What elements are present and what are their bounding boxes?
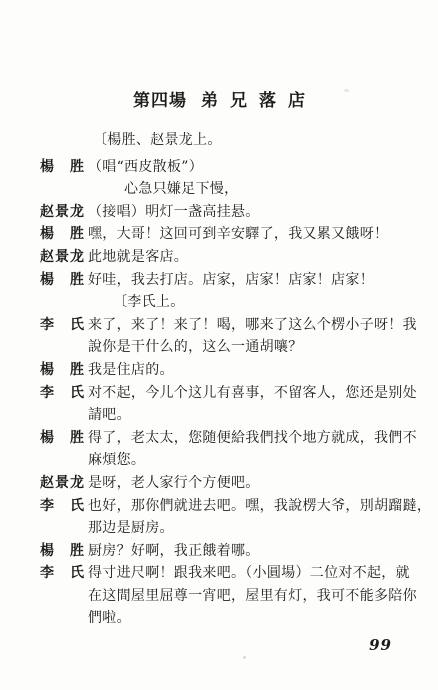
- dialogue-text: 們啦。: [88, 609, 131, 628]
- speaker-name: 李氏: [40, 497, 84, 516]
- speaker-name: 楊胜: [40, 271, 84, 290]
- script-line: 楊胜 好哇，我去打店。店家，店家！店家！店家！: [40, 271, 408, 294]
- scene-title: 第四場弟兄落店: [6, 86, 438, 111]
- script-line: 楊胜 嘿，大哥！这回可到辛安驛了，我又累又餓呀！: [40, 225, 408, 248]
- speaker-name: 李氏: [40, 316, 84, 335]
- speaker-name: 楊胜: [40, 361, 84, 380]
- dialogue-text: 麻煩您。: [88, 451, 145, 470]
- dialogue-text: 那边是厨房。: [88, 519, 174, 538]
- dialogue-text: 也好，那你們就进去吧。嘿，我說楞大爷，別胡蹓躂，: [88, 497, 431, 516]
- speaker-name: 赵景龙: [40, 248, 84, 267]
- scene-name: 弟兄落店: [201, 91, 317, 111]
- dialogue-text: 我是住店的。: [88, 361, 174, 380]
- dialogue-text: 此地就是客店。: [88, 248, 188, 267]
- continuation-line: 說你是干什么的，这么一通胡嚷？: [40, 338, 408, 361]
- script-line: 赵景龙 是呀，老人家行个方便吧。: [40, 474, 408, 497]
- lyric-line: 心急只嫌足下慢，: [40, 180, 408, 203]
- dialogue-text: 在这間屋里屈尊一宵吧，屋里有灯，我可不能多陪你: [88, 587, 417, 606]
- speaker-name: 李氏: [40, 564, 84, 583]
- speaker-name: 赵景龙: [40, 203, 84, 222]
- stage-direction-text: 〔李氏上。: [113, 293, 185, 312]
- continuation-line: 們啦。: [40, 609, 408, 632]
- page-number: 99: [369, 636, 392, 654]
- speaker-name: 楊胜: [40, 225, 84, 244]
- speaker-name: 赵景龙: [40, 474, 84, 493]
- speaker-name: 李氏: [40, 384, 84, 403]
- stage-direction: 〔楊胜、赵景龙上。: [40, 131, 408, 154]
- script-line: 赵景龙 （接唱）明灯一盏高挂悬。: [40, 203, 408, 226]
- script-line: 李氏 来了，来了！来了！喝，哪来了这么个楞小子呀！我: [40, 316, 408, 339]
- lyric-text: 心急只嫌足下慢，: [124, 180, 238, 199]
- script-line: 李氏 也好，那你們就进去吧。嘿，我說楞大爷，別胡蹓躂，: [40, 497, 408, 520]
- script-line: 李氏 对不起，今儿个这儿有喜事，不留客人，您还是别处: [40, 384, 408, 407]
- script-body: 〔楊胜、赵景龙上。 楊胜 （唱“西皮散板”） 心急只嫌足下慢， 赵景龙 （接唱）…: [40, 131, 408, 632]
- continuation-line: 請吧。: [40, 406, 408, 429]
- speaker-name: 楊胜: [40, 158, 84, 177]
- stage-direction-text: 〔楊胜、赵景龙上。: [93, 131, 222, 150]
- stage-direction: 〔李氏上。: [40, 293, 408, 316]
- script-line: 楊胜 厨房？好啊，我正餓着哪。: [40, 542, 408, 565]
- dialogue-text: （唱“西皮散板”）: [88, 158, 203, 177]
- script-line: 楊胜 （唱“西皮散板”）: [40, 158, 408, 181]
- script-line: 赵景龙 此地就是客店。: [40, 248, 408, 271]
- dialogue-text: 嘿，大哥！这回可到辛安驛了，我又累又餓呀！: [88, 225, 388, 244]
- dialogue-text: 是呀，老人家行个方便吧。: [88, 474, 260, 493]
- dialogue-text: 厨房？好啊，我正餓着哪。: [88, 542, 260, 561]
- dialogue-text: 說你是干什么的，这么一通胡嚷？: [88, 338, 303, 357]
- continuation-line: 在这間屋里屈尊一宵吧，屋里有灯，我可不能多陪你: [40, 587, 408, 610]
- script-line: 李氏 得寸进尺啊！跟我来吧。（小圓場）二位对不起，就: [40, 564, 408, 587]
- dialogue-text: 来了，来了！来了！喝，哪来了这么个楞小子呀！我: [88, 316, 417, 335]
- script-line: 楊胜 我是住店的。: [40, 361, 408, 384]
- continuation-line: 麻煩您。: [40, 451, 408, 474]
- continuation-line: 那边是厨房。: [40, 519, 408, 542]
- scan-speck: [344, 89, 349, 92]
- scan-speck: [243, 656, 246, 659]
- script-page: 第四場弟兄落店 〔楊胜、赵景龙上。 楊胜 （唱“西皮散板”） 心急只嫌足下慢， …: [0, 0, 438, 690]
- scene-number: 第四場: [133, 91, 187, 111]
- dialogue-text: 得了，老太太，您随便給我們找个地方就成，我們不: [88, 429, 417, 448]
- dialogue-text: 对不起，今儿个这儿有喜事，不留客人，您还是别处: [88, 384, 417, 403]
- dialogue-text: 請吧。: [88, 406, 131, 425]
- dialogue-text: 得寸进尺啊！跟我来吧。（小圓場）二位对不起，就: [88, 564, 410, 583]
- speaker-name: 楊胜: [40, 542, 84, 561]
- dialogue-text: 好哇，我去打店。店家，店家！店家！店家！: [88, 271, 374, 290]
- speaker-name: 楊胜: [40, 429, 84, 448]
- script-line: 楊胜 得了，老太太，您随便給我們找个地方就成，我們不: [40, 429, 408, 452]
- dialogue-text: （接唱）明灯一盏高挂悬。: [88, 203, 260, 222]
